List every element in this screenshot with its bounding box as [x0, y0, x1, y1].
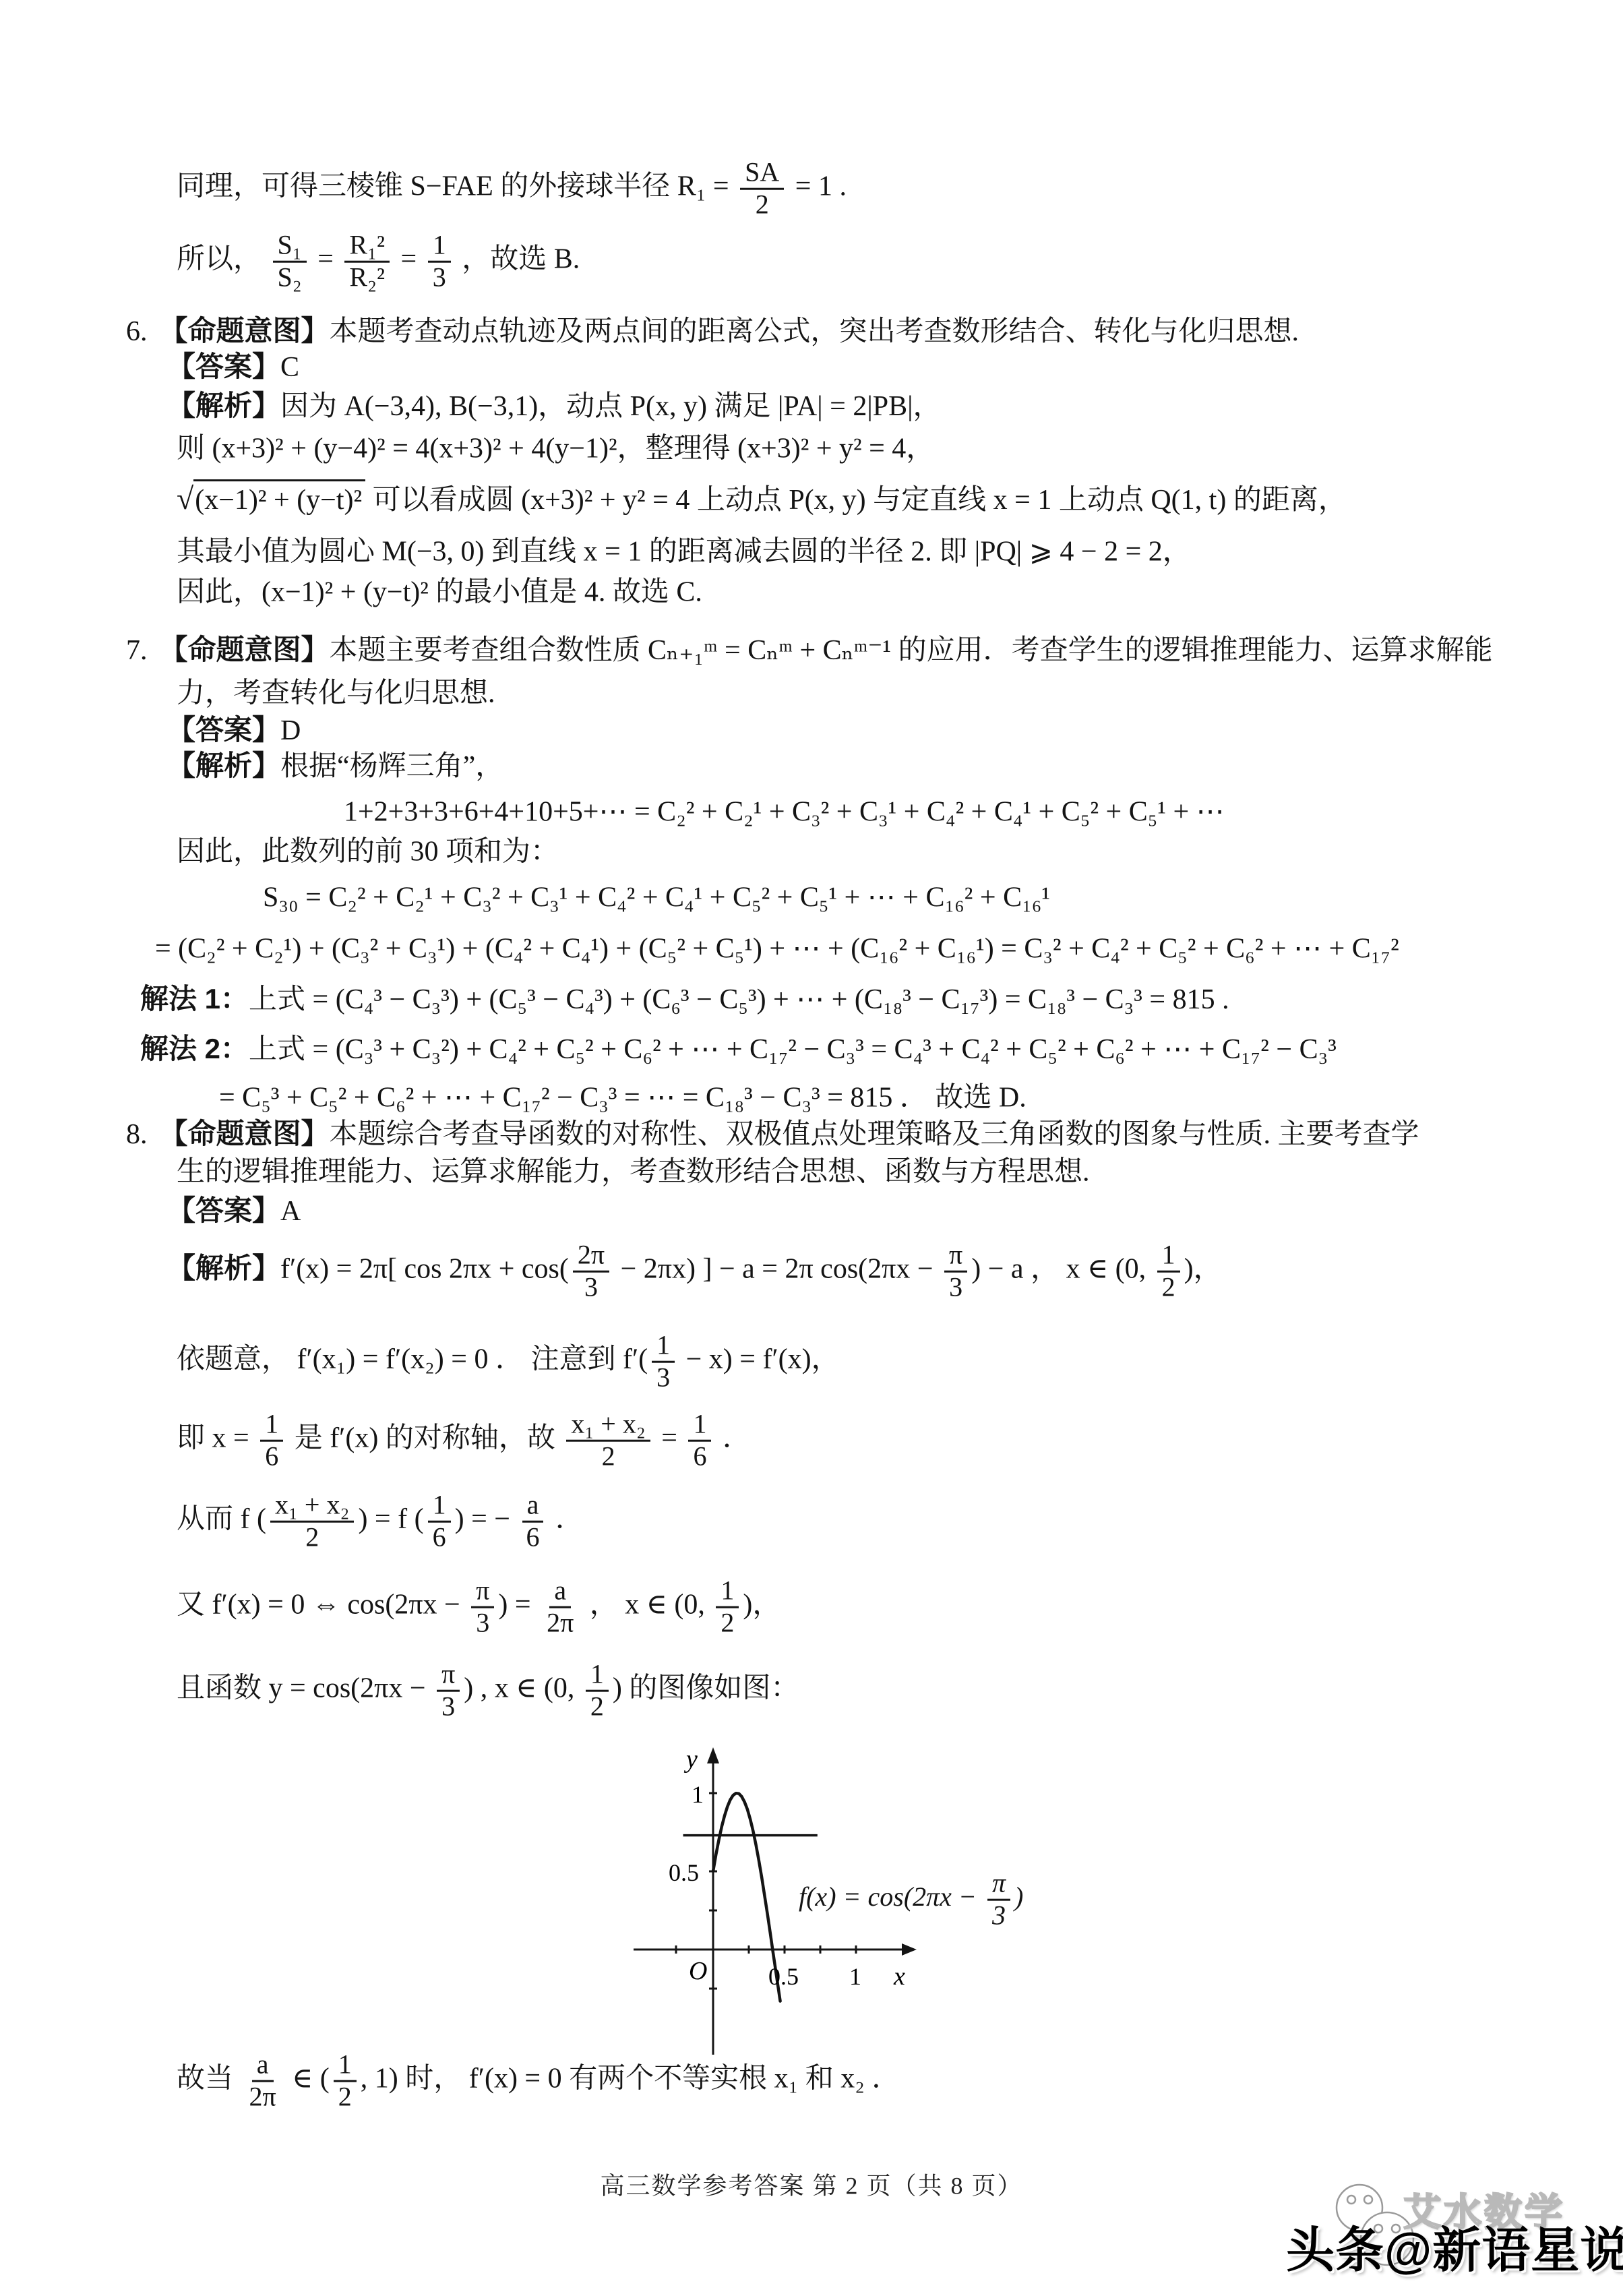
q7-equation-3: = (C₂² + C₂¹) + (C₃² + C₃¹) + (C₄² + C₄¹…	[155, 931, 1399, 968]
q8-step-1: 依题意， f′(x₁) = f′(x₂) = 0 ． 注意到 f′(13 − x…	[177, 1331, 840, 1393]
x-tick-label-05: 0.5	[768, 1963, 799, 1990]
q8-answer-label: 【答案】	[167, 1195, 280, 1226]
q7-equation-1: 1+2+3+3+6+4+10+5+⋯ = C₂² + C₂¹ + C₃² + C…	[344, 794, 1225, 831]
q8-number: 8.	[126, 1116, 148, 1153]
q7-sum-intro: 因此，此数列的前 30 项和为：	[177, 834, 559, 871]
q6-step-2: √(x−1)² + (y−t)² 可以看成圆 (x+3)² + y² = 4 上…	[177, 479, 1347, 519]
q8-step-3: 从而 f (x₁ + x₂2) = f (16) = − a6 ．	[177, 1490, 584, 1553]
q8-step-4: 又 f′(x) = 0 ⇔ cos(2πx − π3) = a2π ， x ∈ …	[177, 1576, 780, 1639]
q8-analysis-label: 【解析】	[167, 1252, 280, 1284]
q5-tail-line-1: 同理，可得三棱锥 S−FAE 的外接球半径 R₁ = SA2 = 1 .	[177, 158, 847, 220]
q6-step-4: 因此，(x−1)² + (y−t)² 的最小值是 4. 故选 C.	[177, 574, 702, 611]
q7-equation-2: S₃₀ = C₂² + C₂¹ + C₃² + C₃¹ + C₄² + C₄¹ …	[263, 880, 1050, 917]
x-tick-label-1: 1	[849, 1963, 861, 1990]
q6-intent-line: 6.【命题意图】本题考查动点轨迹及两点间的距离公式，突出考查数形结合、转化与化归…	[126, 313, 1299, 351]
q7-intent-label: 【命题意图】	[160, 634, 330, 665]
x-axis-label: x	[893, 1962, 905, 1991]
q8-step-5: 且函数 y = cos(2πx − π3) , x ∈ (0, 12) 的图像如…	[177, 1660, 799, 1722]
q8-intent-line-2: 生的逻辑推理能力、运算求解能力，考查数形结合思想、函数与方程思想.	[177, 1154, 1090, 1191]
q7-method-1-text: 上式 = (C₄³ − C₃³) + (C₅³ − C₄³) + (C₆³ − …	[249, 984, 1229, 1015]
q6-answer-label: 【答案】	[167, 351, 280, 382]
q7-method-2: 解法 2：上式 = (C₃³ + C₃²) + C₄² + C₅² + C₆² …	[140, 1031, 1337, 1068]
q7-method-2-text: 上式 = (C₃³ + C₃²) + C₄² + C₅² + C₆² + ⋯ +…	[249, 1034, 1337, 1065]
watermark-main-text: 头条@新语星说	[1286, 2211, 1623, 2281]
y-axis-label: y	[683, 1745, 698, 1774]
q7-answer-value: D	[280, 715, 301, 746]
y-axis-arrow-icon	[707, 1747, 719, 1763]
q6-analysis-text: 因为 A(−3,4), B(−3,1)，动点 P(x, y) 满足 |PA| =…	[280, 391, 942, 422]
q8-step-2: 即 x = 16 是 f′(x) 的对称轴，故 x₁ + x₂2 = 16 ．	[177, 1410, 751, 1472]
q8-answer-line: 【答案】A	[167, 1192, 301, 1230]
q7-number: 7.	[126, 632, 148, 669]
q6-number: 6.	[126, 313, 148, 351]
q7-method-2-cont: = C₅³ + C₅² + C₆² + ⋯ + C₁₇² − C₃³ = ⋯ =…	[219, 1080, 1027, 1117]
q6-step-1: 则 (x+3)² + (y−4)² = 4(x+3)² + 4(y−1)²，整理…	[177, 431, 934, 468]
y-tick-label-1: 1	[692, 1781, 704, 1808]
q6-step-3: 其最小值为圆心 M(−3, 0) 到直线 x = 1 的距离减去圆的半径 2. …	[177, 534, 1191, 571]
q7-answer-line: 【答案】D	[167, 712, 301, 750]
q7-method-2-label: 解法 2：	[140, 1033, 249, 1064]
q8-analysis-text: f′(x) = 2π[ cos 2πx + cos(2π3 − 2πx) ] −…	[280, 1254, 1222, 1285]
x-axis-arrow-icon	[902, 1943, 917, 1956]
q7-analysis-text: 根据“杨辉三角”，	[280, 751, 503, 782]
q6-analysis-label: 【解析】	[167, 390, 280, 421]
q7-answer-label: 【答案】	[167, 714, 280, 746]
q8-answer-value: A	[280, 1196, 301, 1227]
graph-function-label: f(x) = cos(2πx − π3)	[799, 1869, 1023, 1931]
answer-sheet-page: 同理，可得三棱锥 S−FAE 的外接球半径 R₁ = SA2 = 1 . 所以，…	[0, 0, 1623, 2296]
y-tick-label-05: 0.5	[669, 1859, 699, 1886]
q8-intent-text: 本题综合考查导函数的对称性、双极值点处理策略及三角函数的图象与性质. 主要考查学	[330, 1119, 1419, 1150]
q6-intent-text: 本题考查动点轨迹及两点间的距离公式，突出考查数形结合、转化与化归思想.	[330, 316, 1299, 347]
q6-intent-label: 【命题意图】	[160, 315, 330, 346]
q7-method-1-label: 解法 1：	[140, 983, 249, 1015]
origin-label: O	[689, 1957, 707, 1985]
q7-analysis-line: 【解析】根据“杨辉三角”，	[167, 748, 503, 785]
q8-intent-label: 【命题意图】	[160, 1118, 330, 1149]
q6-answer-line: 【答案】C	[167, 349, 299, 386]
q7-intent-text: 本题主要考查组合数性质 Cₙ₊₁ᵐ = Cₙᵐ + Cₙᵐ⁻¹ 的应用．考查学生…	[330, 635, 1493, 666]
q7-method-1: 解法 1：上式 = (C₄³ − C₃³) + (C₅³ − C₄³) + (C…	[140, 981, 1229, 1019]
q8-intent-line: 8.【命题意图】本题综合考查导函数的对称性、双极值点处理策略及三角函数的图象与性…	[126, 1116, 1419, 1153]
q6-analysis-line: 【解析】因为 A(−3,4), B(−3,1)，动点 P(x, y) 满足 |P…	[167, 388, 942, 425]
q7-intent-line-2: 力，考查转化与化归思想.	[177, 675, 495, 713]
q7-analysis-label: 【解析】	[167, 750, 280, 781]
q5-tail-line-2: 所以， S₁S₂ = R₁²R₂² = 13 ，故选 B.	[177, 231, 580, 293]
q8-step-6: 故当 a2π ∈ (12, 1) 时， f′(x) = 0 有两个不等实根 x₁…	[177, 2050, 900, 2113]
q8-analysis-line: 【解析】f′(x) = 2π[ cos 2πx + cos(2π3 − 2πx)…	[167, 1240, 1222, 1303]
q7-intent-line: 7.【命题意图】本题主要考查组合数性质 Cₙ₊₁ᵐ = Cₙᵐ + Cₙᵐ⁻¹ …	[126, 632, 1493, 669]
q6-answer-value: C	[280, 352, 299, 383]
